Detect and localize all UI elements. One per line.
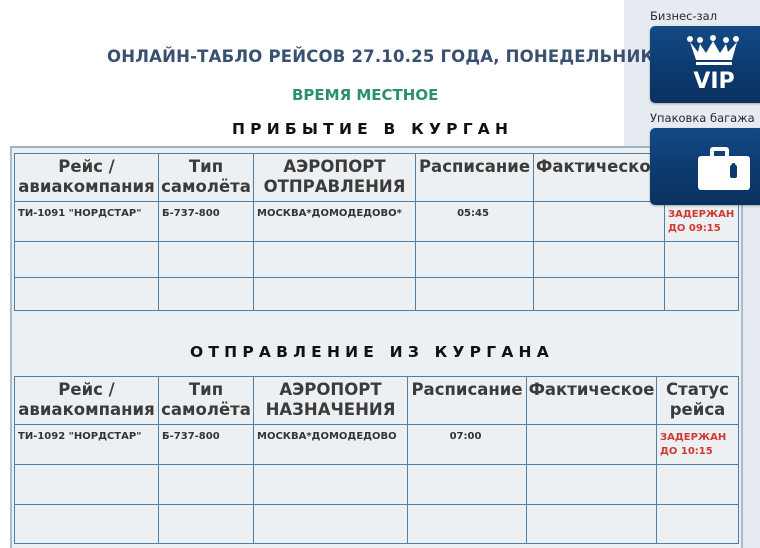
- table-row: ТИ-1091 "НОРДСТАР" Б-737-800 МОСКВА*ДОМО…: [15, 202, 739, 242]
- status-cell: [657, 465, 739, 505]
- table-row: ТИ-1092 "НОРДСТАР" Б-737-800 МОСКВА*ДОМО…: [15, 425, 739, 465]
- status-cell: ЗАДЕРЖАНДО 10:15: [657, 425, 739, 465]
- table-header-row: Рейс /авиакомпания Типсамолёта АЭРОПОРТО…: [15, 154, 739, 202]
- airport-cell: МОСКВА*ДОМОДЕДОВО*: [254, 202, 416, 242]
- business-lounge-button[interactable]: VIP: [650, 26, 760, 103]
- status-cell: [665, 278, 739, 311]
- status-badge: ЗАДЕРЖАН: [668, 209, 734, 220]
- scheduled-cell: [408, 505, 527, 544]
- departures-table: Рейс /авиакомпания Типсамолёта АЭРОПОРТН…: [14, 376, 739, 544]
- local-time-note: ВРЕМЯ МЕСТНОЕ: [292, 86, 438, 104]
- aircraft-cell: [159, 242, 254, 278]
- arrivals-table: Рейс /авиакомпания Типсамолёта АЭРОПОРТО…: [14, 153, 739, 311]
- luggage-wrap-label: Упаковка багажа: [650, 111, 755, 125]
- suitcase-icon: [650, 128, 760, 205]
- aircraft-cell: [159, 465, 254, 505]
- departures-title: ОТПРАВЛЕНИЕ ИЗ КУРГАНА: [190, 343, 554, 361]
- aircraft-cell: [159, 505, 254, 544]
- table-row: [15, 242, 739, 278]
- actual-cell: [527, 505, 657, 544]
- table-row: [15, 278, 739, 311]
- column-header-flight: Рейс /авиакомпания: [15, 377, 159, 425]
- scheduled-cell: [416, 278, 534, 311]
- table-header-row: Рейс /авиакомпания Типсамолёта АЭРОПОРТН…: [15, 377, 739, 425]
- vip-crown-icon: VIP: [650, 26, 760, 103]
- actual-cell: [527, 465, 657, 505]
- luggage-wrap-button[interactable]: [650, 128, 760, 205]
- scheduled-cell: 07:00: [408, 425, 527, 465]
- flight-cell: [15, 242, 159, 278]
- column-header-aircraft: Типсамолёта: [159, 377, 254, 425]
- status-badge: ЗАДЕРЖАН: [660, 432, 726, 443]
- table-row: [15, 505, 739, 544]
- aircraft-cell: [159, 278, 254, 311]
- flight-cell: ТИ-1091 "НОРДСТАР": [15, 202, 159, 242]
- status-cell: [657, 505, 739, 544]
- flight-cell: [15, 278, 159, 311]
- status-cell: ЗАДЕРЖАНДО 09:15: [665, 202, 739, 242]
- actual-cell: [527, 425, 657, 465]
- flight-cell: [15, 465, 159, 505]
- column-header-actual: Фактическое: [534, 154, 665, 202]
- scheduled-cell: [408, 465, 527, 505]
- column-header-aircraft: Типсамолёта: [159, 154, 254, 202]
- actual-cell: [534, 242, 665, 278]
- business-lounge-label: Бизнес-зал: [650, 9, 717, 23]
- column-header-actual: Фактическое: [527, 377, 657, 425]
- airport-cell: [254, 465, 408, 505]
- column-header-airport: АЭРОПОРТОТПРАВЛЕНИЯ: [254, 154, 416, 202]
- airport-cell: [254, 242, 416, 278]
- column-header-status: Статусрейса: [657, 377, 739, 425]
- actual-cell: [534, 278, 665, 311]
- aircraft-cell: Б-737-800: [159, 202, 254, 242]
- scheduled-cell: [416, 242, 534, 278]
- page-title: ОНЛАЙН-ТАБЛО РЕЙСОВ 27.10.25 ГОДА, ПОНЕД…: [0, 47, 760, 66]
- airport-cell: [254, 505, 408, 544]
- table-row: [15, 465, 739, 505]
- column-header-scheduled: Расписание: [416, 154, 534, 202]
- aircraft-cell: Б-737-800: [159, 425, 254, 465]
- status-cell: [665, 242, 739, 278]
- column-header-flight: Рейс /авиакомпания: [15, 154, 159, 202]
- svg-text:VIP: VIP: [693, 69, 734, 94]
- flight-cell: ТИ-1092 "НОРДСТАР": [15, 425, 159, 465]
- arrivals-title: ПРИБЫТИЕ В КУРГАН: [232, 120, 513, 138]
- flight-cell: [15, 505, 159, 544]
- scheduled-cell: 05:45: [416, 202, 534, 242]
- column-header-scheduled: Расписание: [408, 377, 527, 425]
- airport-cell: [254, 278, 416, 311]
- column-header-airport: АЭРОПОРТНАЗНАЧЕНИЯ: [254, 377, 408, 425]
- airport-cell: МОСКВА*ДОМОДЕДОВО: [254, 425, 408, 465]
- actual-cell: [534, 202, 665, 242]
